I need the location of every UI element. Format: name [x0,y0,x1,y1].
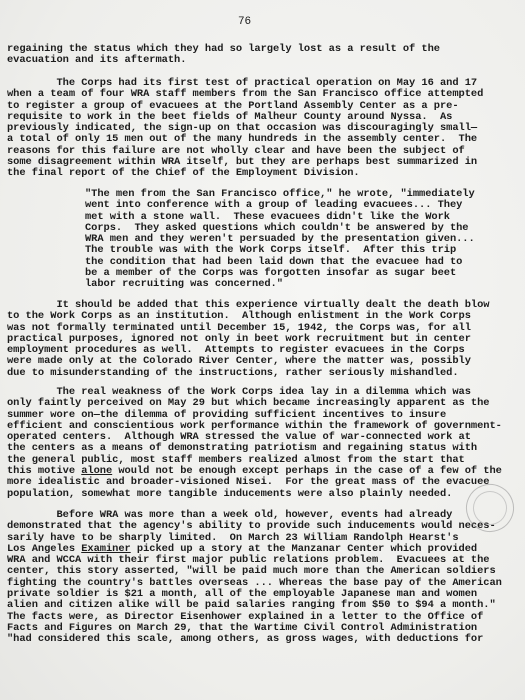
text-line: demonstrated that the agency's ability t… [7,521,502,532]
text-line: population, somewhat more tangible induc… [7,489,502,500]
text-line: "had considered this scale, among others… [7,634,502,645]
text-line: labor recruiting was concerned." [85,279,475,290]
paragraph-before-wra: Before WRA was more than a week old, how… [7,510,502,646]
text-line: more idealistic and broader-visioned Nis… [7,477,502,488]
document-page: 76 regaining the status which they had s… [0,0,525,700]
block-quote: "The men from the San Francisco office,"… [7,189,475,291]
paragraph-real-weakness: The real weakness of the Work Corps idea… [7,387,502,500]
text-line: alien and citizen alike will be paid sal… [7,600,502,611]
underlined-word: alone [81,465,112,477]
paragraph-death-blow: It should be added that this experience … [7,300,489,379]
text-line: due to misunderstanding of the instructi… [7,368,489,379]
text-line: only faintly perceived on May 29 but whi… [7,398,502,409]
page-number: 76 [7,17,482,28]
text-line: when a team of four WRA staff members fr… [7,89,483,100]
paragraph-first-test: The Corps had its first test of practica… [7,78,483,180]
text-line: to the Work Corps as an institution. Alt… [7,311,489,322]
stamp-inner-ring [468,486,512,530]
paragraph-continuation: regaining the status which they had so l… [7,44,440,67]
text-line: went into conference with a group of lea… [85,200,475,211]
underlined-word: Examiner [81,543,130,555]
text-line: evacuation and its aftermath. [7,55,440,66]
text-line: the final report of the Chief of the Emp… [7,168,483,179]
